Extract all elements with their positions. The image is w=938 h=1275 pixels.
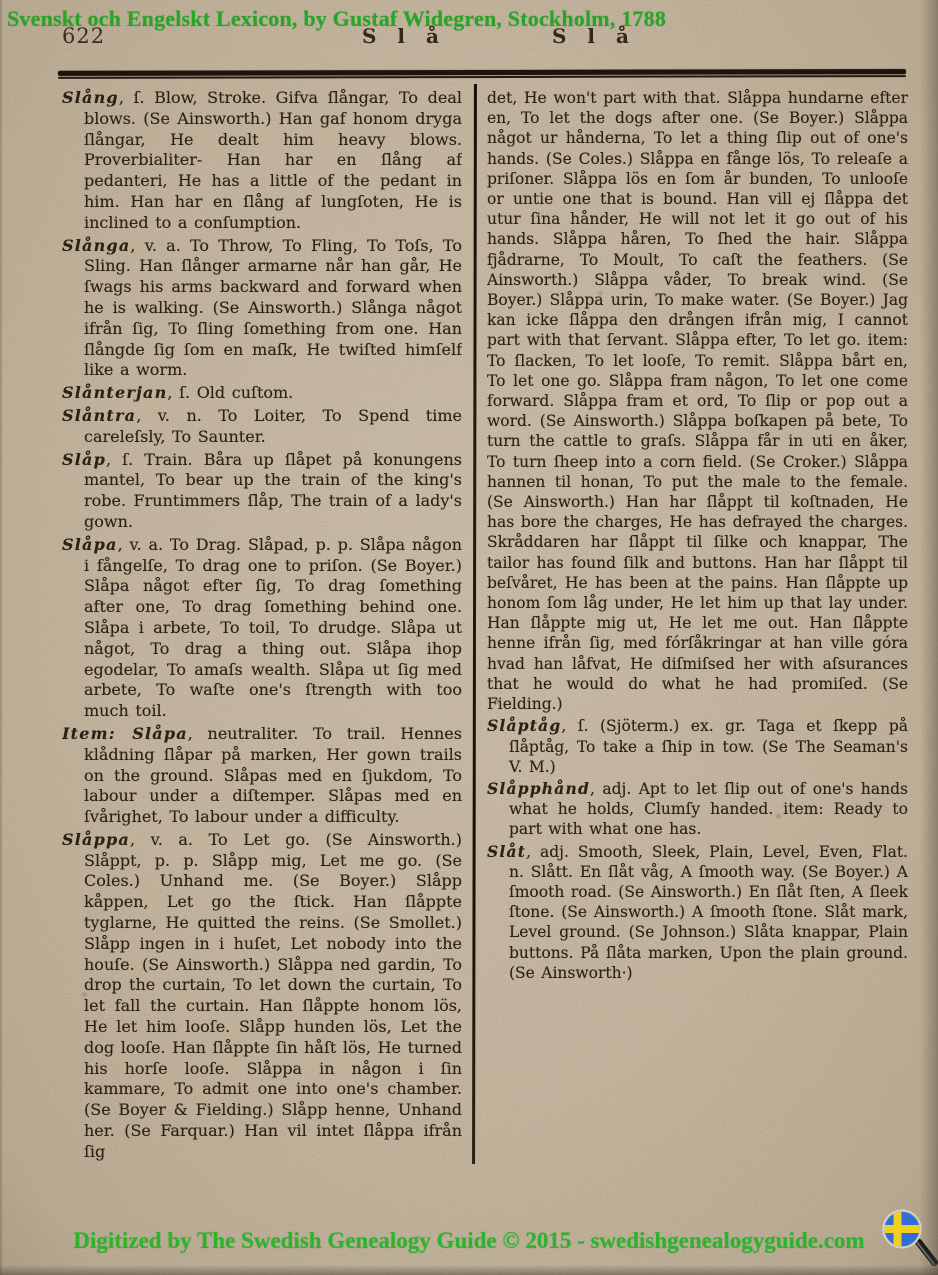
dictionary-entry: Slåpphånd, adj. Apt to let ſlip out of o…	[487, 779, 908, 840]
right-text-column: det, He won't part with that. Slåppa hun…	[487, 88, 908, 1196]
entry-headword: Slång	[62, 88, 119, 107]
dictionary-entry: Slång, ſ. Blow, Stroke. Gifva ſlångar, T…	[62, 88, 462, 234]
dictionary-entry: Slåptåg, ſ. (Sjöterm.) ex. gr. Taga et ſ…	[487, 716, 908, 777]
left-text-column: Slång, ſ. Blow, Stroke. Gifva ſlångar, T…	[62, 88, 462, 1166]
entry-headword: Item: Slåpa	[62, 724, 188, 743]
column-divider-rule	[472, 84, 476, 1164]
header-rule	[58, 69, 906, 80]
running-head-right: S l å	[552, 24, 636, 48]
entry-headword: Slåntra	[62, 406, 136, 425]
scanned-dictionary-page: Svenskt och Engelskt Lexicon, by Gustaf …	[0, 0, 938, 1275]
scan-edge-left-shade	[0, 0, 3, 1275]
scan-edge-right-shadow	[920, 0, 938, 1275]
dictionary-entry: Item: Slåpa, neutraliter. To trail. Henn…	[62, 724, 462, 828]
header-rule-thin-line	[58, 75, 906, 79]
dictionary-entry: Slåp, ſ. Train. Båra up ſlåpet på konung…	[62, 450, 462, 533]
flag-lens	[883, 1210, 922, 1249]
dictionary-entry: Slånga, v. a. To Throw, To Fling, To Toſ…	[62, 236, 462, 382]
page-number: 622	[62, 24, 105, 48]
entry-headword: Slåptåg	[487, 716, 561, 735]
dictionary-entry: Slånterjan, ſ. Old cuſtom.	[62, 383, 462, 404]
entry-headword: Slåpphånd	[487, 779, 590, 798]
dictionary-entry: Slåt, adj. Smooth, Sleek, Plain, Level, …	[487, 842, 908, 983]
entry-headword: Slånga	[62, 236, 130, 255]
dictionary-entry: Slåntra, v. n. To Loiter, To Spend time …	[62, 406, 462, 448]
dictionary-entry: Slåpa, v. a. To Drag. Slåpad, p. p. Slåp…	[62, 535, 462, 722]
entry-continuation-paragraph: det, He won't part with that. Slåppa hun…	[487, 88, 908, 714]
dictionary-entry: Slåppa, v. a. To Let go. (Se Ainsworth.)…	[62, 830, 462, 1163]
entry-headword: Slåp	[62, 450, 106, 469]
scan-edge-bottom-shadow	[0, 1265, 938, 1275]
running-head-left: S l å	[362, 24, 446, 48]
entry-headword: Slåt	[487, 842, 526, 861]
digitizer-footer-overlay: Digitized by The Swedish Genealogy Guide…	[0, 1228, 938, 1254]
entry-headword: Slåppa	[62, 830, 130, 849]
entry-headword: Slånterjan	[62, 383, 167, 402]
entry-headword: Slåpa	[62, 535, 118, 554]
